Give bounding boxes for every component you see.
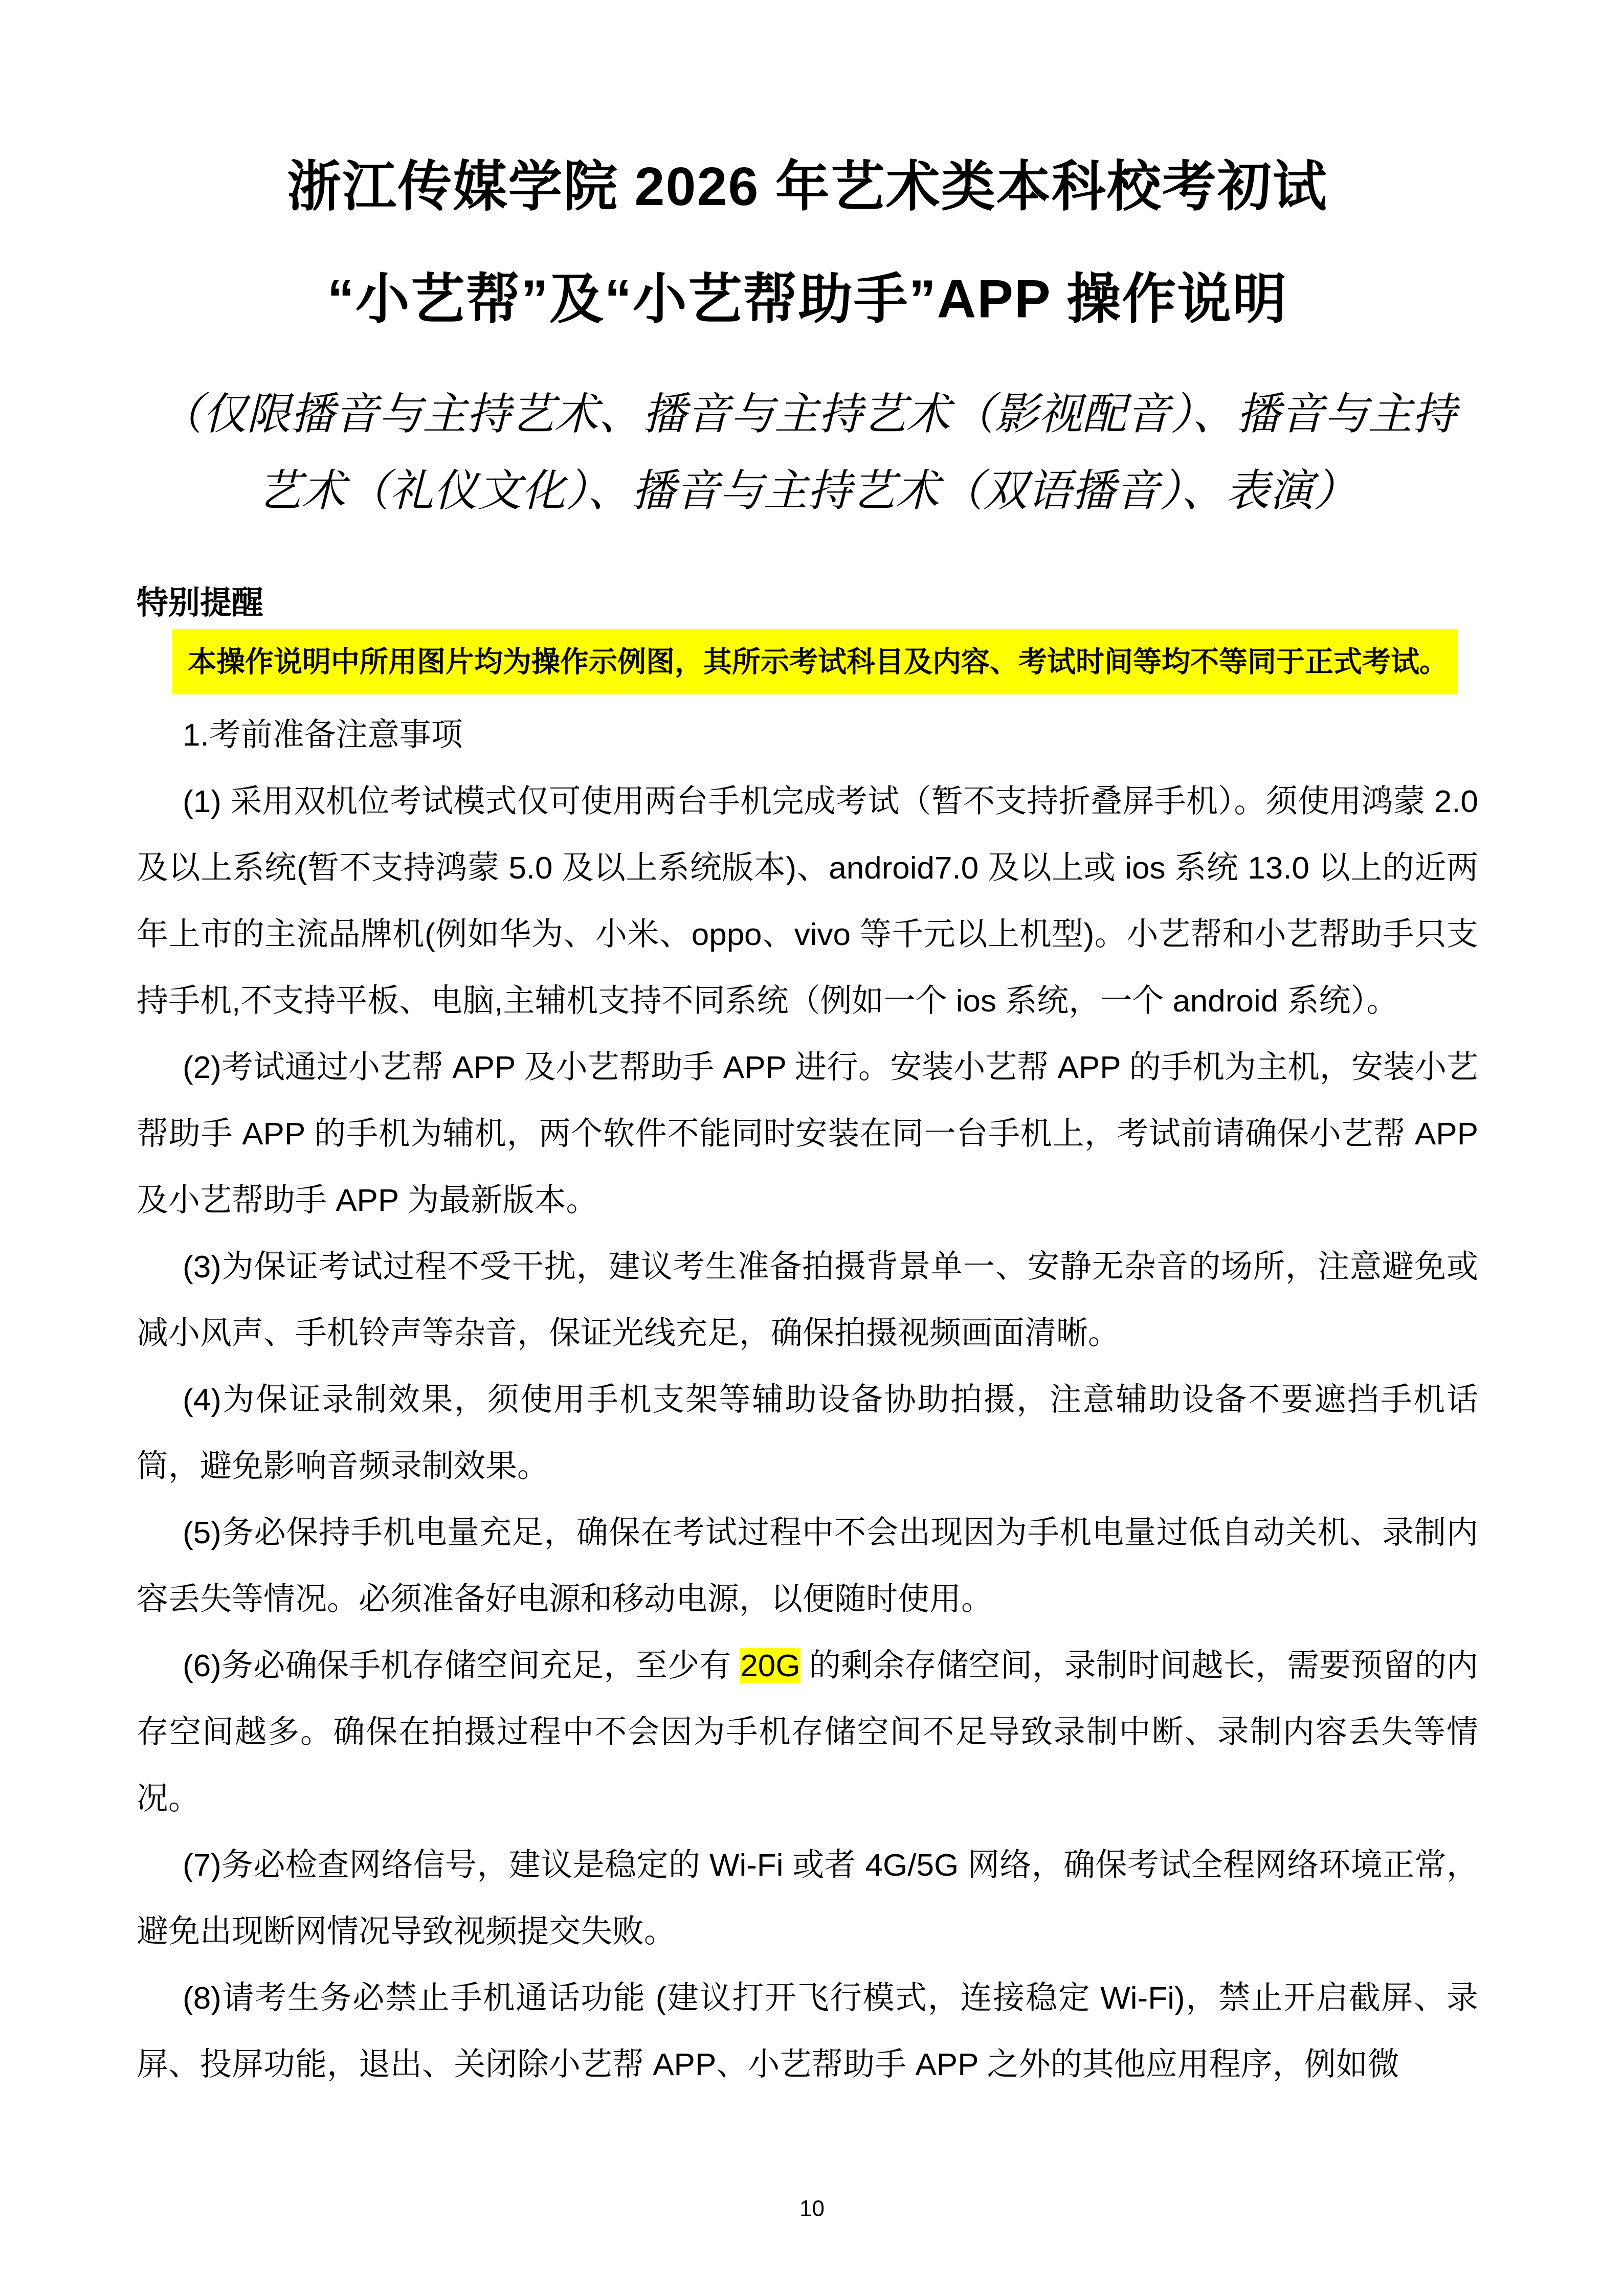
- title-line-1: 浙江传媒学院 2026 年艺术类本科校考初试: [137, 130, 1478, 243]
- highlighted-notice: 本操作说明中所用图片均为操作示例图，其所示考试科目及内容、考试时间等均不等同于正…: [172, 629, 1458, 694]
- subtitle-line-1: （仅限播音与主持艺术、播音与主持艺术（影视配音）、播音与主持: [137, 376, 1478, 453]
- section-heading: 1.考前准备注意事项: [137, 702, 1478, 769]
- paragraph-7: (7)务必检查网络信号，建议是稳定的 Wi-Fi 或者 4G/5G 网络，确保考…: [137, 1832, 1478, 1965]
- paragraph-6-text-before: (6)务必确保手机存储空间充足，至少有: [183, 1648, 740, 1683]
- special-reminder-heading: 特别提醒: [137, 578, 1478, 629]
- paragraph-2: (2)考试通过小艺帮 APP 及小艺帮助手 APP 进行。安装小艺帮 APP 的…: [137, 1034, 1478, 1234]
- paragraph-5: (5)务必保持手机电量充足，确保在考试过程中不会出现因为手机电量过低自动关机、录…: [137, 1500, 1478, 1633]
- document-page: { "colors": { "highlight": "#ffff00", "t…: [0, 0, 1624, 2296]
- paragraph-3: (3)为保证考试过程不受干扰，建议考生准备拍摄背景单一、安静无杂音的场所，注意避…: [137, 1234, 1478, 1367]
- paragraph-4: (4)为保证录制效果，须使用手机支架等辅助设备协助拍摄，注意辅助设备不要遮挡手机…: [137, 1367, 1478, 1500]
- body-text: 1.考前准备注意事项 (1) 采用双机位考试模式仅可使用两台手机完成考试（暂不支…: [137, 702, 1478, 2098]
- subtitle-line-2: 艺术（礼仪文化）、播音与主持艺术（双语播音）、表演）: [137, 453, 1478, 529]
- paragraph-6: (6)务必确保手机存储空间充足，至少有 20G 的剩余存储空间，录制时间越长，需…: [137, 1633, 1478, 1832]
- paragraph-8: (8)请考生务必禁止手机通话功能 (建议打开飞行模式，连接稳定 Wi-Fi)，禁…: [137, 1965, 1478, 2098]
- page-number: 10: [0, 2198, 1624, 2220]
- storage-size-highlight: 20G: [740, 1648, 800, 1683]
- paragraph-1: (1) 采用双机位考试模式仅可使用两台手机完成考试（暂不支持折叠屏手机）。须使用…: [137, 769, 1478, 1034]
- document-subtitle: （仅限播音与主持艺术、播音与主持艺术（影视配音）、播音与主持 艺术（礼仪文化）、…: [137, 376, 1478, 529]
- document-title: 浙江传媒学院 2026 年艺术类本科校考初试 “小艺帮”及“小艺帮助手”APP …: [137, 130, 1478, 355]
- page-content: 浙江传媒学院 2026 年艺术类本科校考初试 “小艺帮”及“小艺帮助手”APP …: [0, 0, 1624, 2098]
- title-line-2: “小艺帮”及“小艺帮助手”APP 操作说明: [137, 243, 1478, 355]
